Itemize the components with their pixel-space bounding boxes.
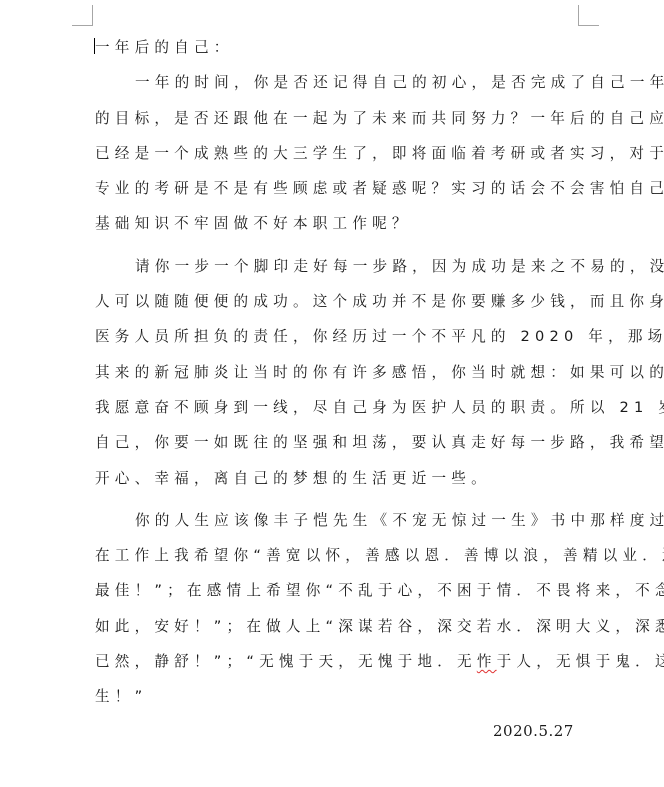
page-corner-mark-right (578, 5, 599, 26)
paragraph-line: 开心、幸福，离自己的梦想的生活更近一些。 (95, 461, 575, 496)
paragraph-line: 其来的新冠肺炎让当时的你有许多感悟，你当时就想：如果可以的话， (95, 355, 575, 390)
paragraph-line: 我愿意奋不顾身到一线，尽自己身为医护人员的职责。所以 21 岁的 (95, 390, 575, 425)
paragraph-line: 一年的时间，你是否还记得自己的初心，是否完成了自己一年前 (95, 65, 575, 100)
paragraph-2: 请你一步一个脚印走好每一步路，因为成功是来之不易的，没有 人可以随随便便的成功。… (95, 249, 575, 496)
paragraph-line: 在工作上我希望你“善宽以怀，善感以恩．善博以浪，善精以业．这般， (95, 538, 575, 573)
paragraph-line: 请你一步一个脚印走好每一步路，因为成功是来之不易的，没有 (95, 249, 575, 284)
document-page[interactable]: 一年后的自己： 一年的时间，你是否还记得自己的初心，是否完成了自己一年前 的目标… (95, 30, 575, 715)
paragraph-line: 的目标，是否还跟他在一起为了未来而共同努力？一年后的自己应该 (95, 101, 575, 136)
document-title: 一年后的自己： (95, 30, 575, 65)
paragraph-line: 基础知识不牢固做不好本职工作呢？ (95, 206, 575, 241)
paragraph-line: 如此，安好！”；在做人上“深谋若谷，深交若水．深明大义，深悉小节． (95, 609, 575, 644)
paragraph-line: 专业的考研是不是有些顾虑或者疑惑呢？实习的话会不会害怕自己 (95, 171, 575, 206)
paragraph-line: 医务人员所担负的责任，你经历过一个不平凡的 2020 年，那场突如 (95, 319, 575, 354)
paragraph-line: 已经是一个成熟些的大三学生了，即将面临着考研或者实习，对于本 (95, 136, 575, 171)
paragraph-3: 你的人生应该像丰子恺先生《不宠无惊过一生》书中那样度过： 在工作上我希望你“善宽… (95, 503, 575, 715)
paragraph-line: 自己，你要一如既往的坚强和坦荡，要认真走好每一步路，我希望你 (95, 425, 575, 460)
paragraph-1: 一年的时间，你是否还记得自己的初心，是否完成了自己一年前 的目标，是否还跟他在一… (95, 65, 575, 241)
page-corner-mark-left (72, 5, 93, 26)
paragraph-line: 最佳！”；在感情上希望你“不乱于心，不困于情．不畏将来，不念过往． (95, 573, 575, 608)
document-date: 2020.5.27 (493, 722, 574, 740)
paragraph-line: 人可以随随便便的成功。这个成功并不是你要赚多少钱，而且你身为 (95, 284, 575, 319)
text-cursor (94, 38, 95, 54)
paragraph-line: 生！” (95, 679, 575, 714)
paragraph-line: 已然，静舒！”；“无愧于天，无愧于地．无怍于人，无惧于鬼．这样，人 (95, 644, 575, 679)
paragraph-line: 你的人生应该像丰子恺先生《不宠无惊过一生》书中那样度过： (95, 503, 575, 538)
spellcheck-flagged-word[interactable]: 怍 (477, 653, 497, 670)
